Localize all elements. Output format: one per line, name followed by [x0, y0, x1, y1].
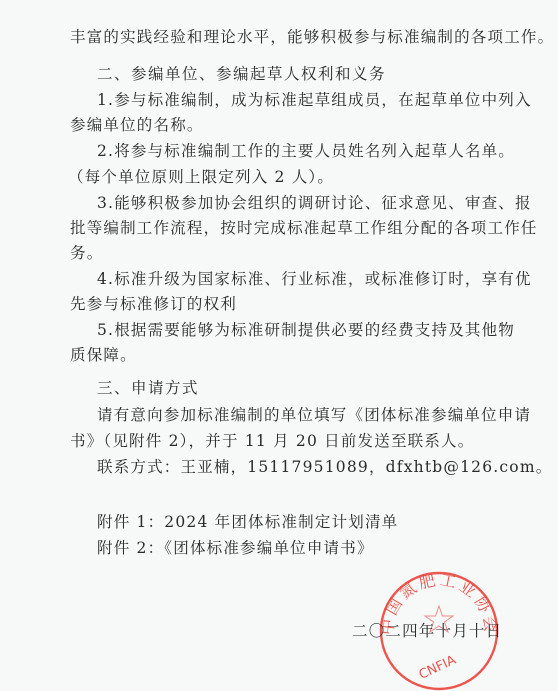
item-3-line-3: 务。: [70, 243, 103, 263]
item-5-line-2: 质保障。: [70, 345, 137, 365]
item-4-line-1: 4.标准升级为国家标准、行业标准，或标准修订时，享有优: [97, 269, 532, 289]
item-3-line-1: 3.能够积极参加协会组织的调研讨论、征求意见、审查、报: [97, 193, 532, 213]
section-2-heading: 二、参编单位、参编起草人权利和义务: [97, 64, 386, 84]
attachment-1: 附件 1：2024 年团体标准制定计划清单: [97, 512, 398, 532]
contact-line: 联系方式：王亚楠，15117951089，dfxhtb@126.com。: [97, 457, 552, 477]
item-1-line-1: 1.参与标准编制，成为标准起草组成员，在起草单位中列入: [97, 90, 532, 110]
intro-tail: 丰富的实践经验和理论水平，能够积极参与标准编制的各项工作。: [70, 27, 554, 47]
svg-text:CNFIA: CNFIA: [417, 653, 459, 683]
item-1-line-2: 参编单位的名称。: [70, 115, 204, 135]
issue-date: 二〇二四年十月十日: [352, 621, 502, 641]
item-3-line-2: 批等编制工作流程，按时完成标准起草工作组分配的各项工作任: [70, 218, 538, 238]
item-5-line-1: 5.根据需要能够为标准研制提供必要的经费支持及其他物: [97, 320, 515, 340]
document-page: 丰富的实践经验和理论水平，能够积极参与标准编制的各项工作。 二、参编单位、参编起…: [0, 0, 558, 691]
item-4-line-2: 先参与标准修订的权利: [70, 294, 237, 314]
attachment-2: 附件 2：《团体标准参编单位申请书》: [97, 538, 374, 558]
item-2-line-1: 2.将参与标准编制工作的主要人员姓名列入起草人名单。: [97, 141, 515, 161]
section-3-heading: 三、申请方式: [97, 378, 199, 398]
item-2-line-2: （每个单位原则上限定列入 2 人）。: [68, 167, 334, 187]
apply-para-line-1: 请有意向参加标准编制的单位填写《团体标准参编单位申请: [97, 405, 531, 425]
apply-para-line-2: 书》（见附件 2），并于 11 月 20 日前发送至联系人。: [70, 431, 474, 451]
